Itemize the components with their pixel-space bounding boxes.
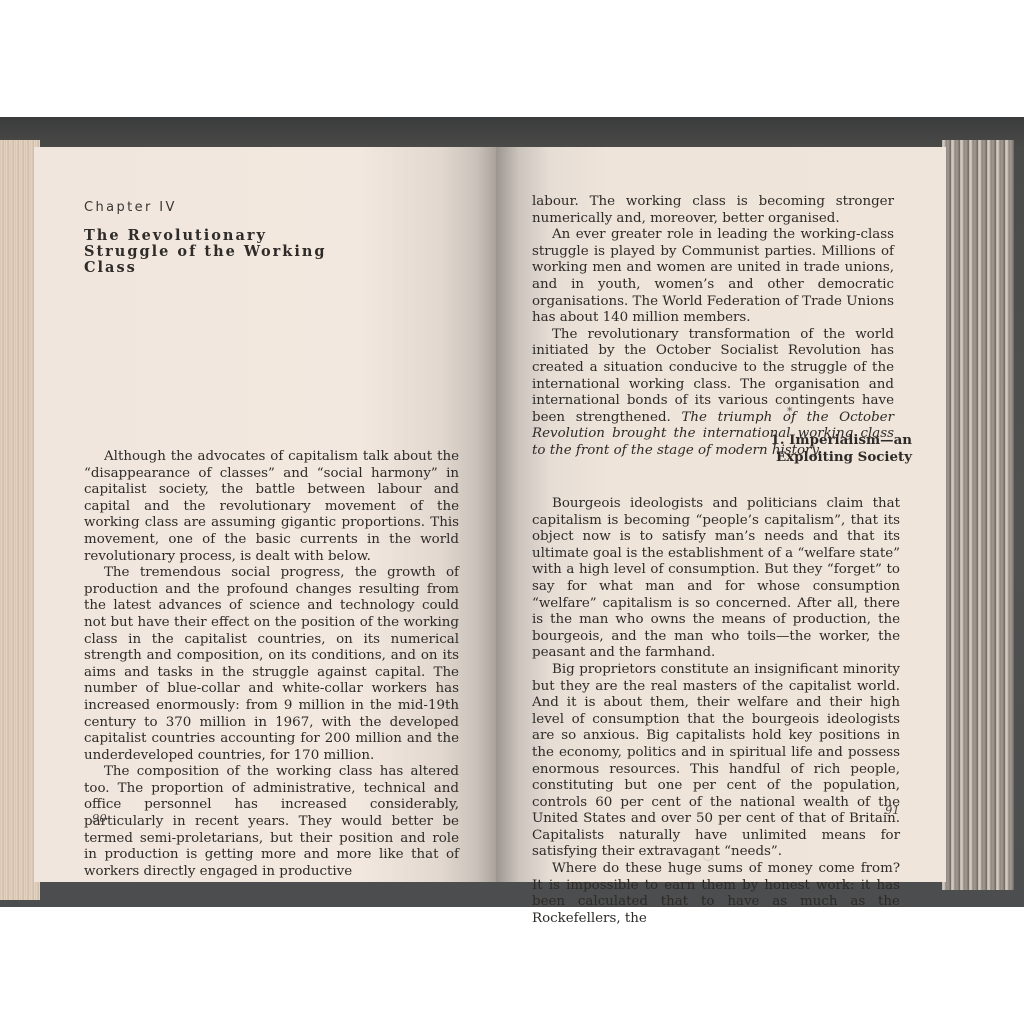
page-number-left: 90 <box>92 811 107 825</box>
paragraph: Big proprietors constitute an insignific… <box>532 662 900 861</box>
paragraph: Although the advocates of capitalism tal… <box>84 449 459 565</box>
page-edges-right <box>942 140 1014 890</box>
chapter-title-line: Class <box>84 260 384 276</box>
left-page-body: Although the advocates of capitalism tal… <box>84 449 459 880</box>
paragraph: An ever greater role in leading the work… <box>532 227 894 327</box>
right-page-body-bottom: Bourgeois ideologists and politicians cl… <box>532 496 900 927</box>
paragraph: Where do these huge sums of money come f… <box>532 861 900 927</box>
paragraph: The tremendous social progress, the grow… <box>84 565 459 764</box>
section-heading-line: Exploiting Society <box>771 449 912 466</box>
chapter-title-line: Struggle of the Working <box>84 244 384 260</box>
section-separator: * <box>787 405 793 418</box>
paragraph-continued: labour. The working class is becoming st… <box>532 194 894 227</box>
chapter-title-line: The Revolutionary <box>84 228 384 244</box>
chapter-title: The Revolutionary Struggle of the Workin… <box>84 228 384 276</box>
paragraph: The composition of the working class has… <box>84 764 459 880</box>
chapter-label: Chapter IV <box>84 200 177 215</box>
section-heading-line: 1. Imperialism—an <box>771 432 912 449</box>
paper-mark <box>703 851 713 861</box>
section-heading: 1. Imperialism—an Exploiting Society <box>771 432 912 466</box>
right-page-body-top: labour. The working class is becoming st… <box>532 194 894 460</box>
paragraph: Bourgeois ideologists and politicians cl… <box>532 496 900 662</box>
page-number-right: 91 <box>885 803 900 817</box>
